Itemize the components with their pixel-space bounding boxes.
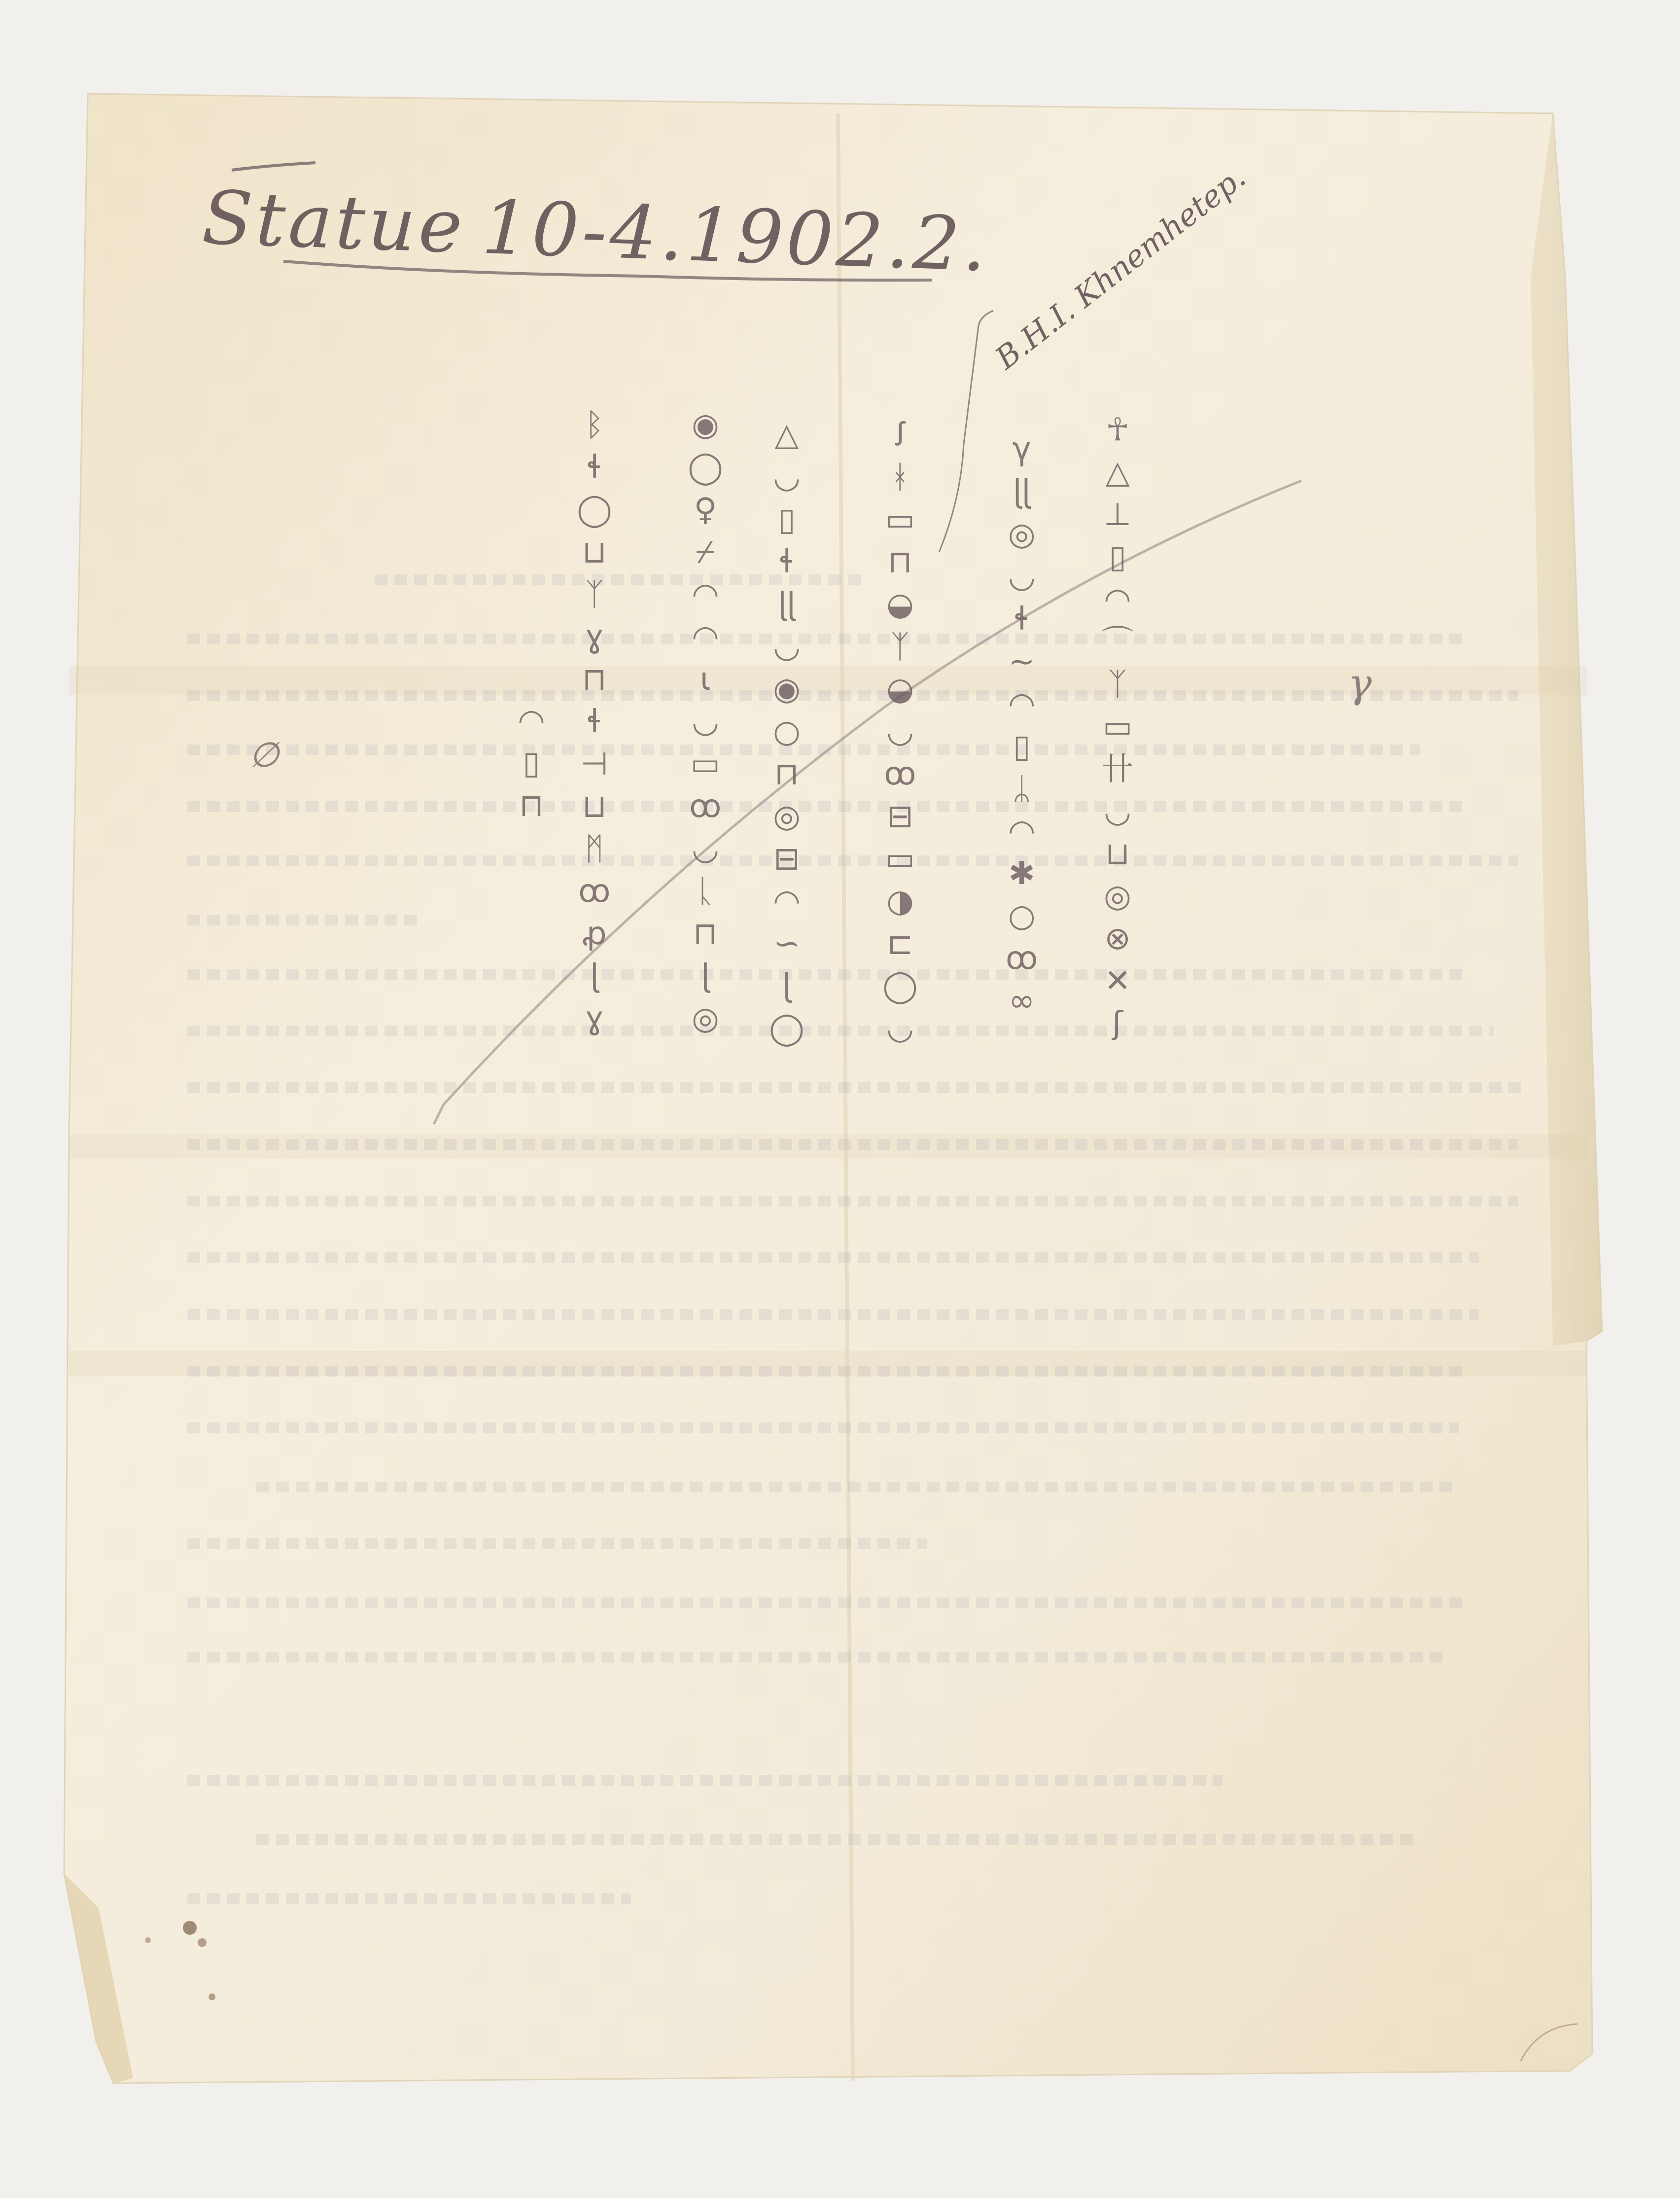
hieroglyph: ɣ	[585, 1003, 604, 1034]
hieroglyph: ◠	[692, 579, 719, 610]
hieroglyph: ɣ	[585, 621, 604, 653]
hieroglyph-column-3: ꭍ ᚼ ▭ ⊓ ◒ ᛉ ◒ ◡ ꝏ ⊟ ▭ ◑ ⊏ ◯ ◡	[882, 419, 918, 1044]
hieroglyph: ◒	[886, 589, 914, 620]
hieroglyph: ◡	[1008, 561, 1036, 593]
document-page: Statue10-4.1902.2. B.H.I. Khnemhetep. ☥ …	[0, 0, 1680, 2198]
hieroglyph: ʃ	[1112, 1008, 1123, 1039]
hieroglyph: ▯	[1109, 541, 1126, 573]
hieroglyph: ▯	[778, 504, 795, 535]
hieroglyph: ∞	[1009, 985, 1035, 1017]
hieroglyph: ᛗ	[585, 833, 604, 865]
hieroglyph: ⊓	[582, 664, 607, 695]
hieroglyph: ▭	[1103, 711, 1132, 743]
hieroglyph: ꝏ	[689, 791, 721, 822]
hieroglyph: ɭɭ	[1013, 476, 1031, 508]
hieroglyph: ɬ	[587, 706, 602, 738]
hieroglyph-column-7: ◠ ▯ ⊓	[518, 705, 545, 821]
hieroglyph-column-2: γ ɭɭ ◎ ◡ ɬ ∼ ◠ ▯ ᛦ ◠ ✱ ○ ꝏ ∞	[1006, 434, 1038, 1017]
hieroglyph: ◯	[688, 452, 723, 483]
hieroglyph: ◎	[692, 1003, 719, 1034]
hieroglyph: ◠	[518, 705, 545, 737]
hieroglyph: ⊓	[888, 546, 912, 578]
hieroglyph: ɭ	[590, 960, 599, 992]
hieroglyph: ⊗	[1104, 923, 1131, 955]
hieroglyph: ɬ	[587, 452, 602, 483]
hieroglyph: ✕	[1104, 965, 1131, 997]
right-margin-mark: γ	[1348, 661, 1372, 707]
hieroglyph: ◠	[1008, 815, 1036, 847]
hieroglyph: ◠	[692, 621, 719, 653]
hieroglyph: ⊏	[887, 928, 913, 959]
hieroglyph: ɭɭ	[778, 589, 796, 620]
hieroglyph: ᛉ	[585, 579, 604, 610]
hieroglyph: ⊓	[693, 918, 718, 950]
hieroglyph: ⌒	[1102, 626, 1133, 658]
hieroglyph: ◒	[886, 674, 914, 705]
hieroglyph: ◠	[1104, 584, 1131, 615]
hieroglyph: △	[774, 419, 799, 451]
hieroglyph: ꭍ	[894, 419, 906, 451]
hieroglyph: △	[1105, 457, 1129, 488]
hieroglyph: ◯	[882, 970, 918, 1002]
hieroglyph: ∽	[773, 928, 800, 959]
hieroglyph: ∼	[1009, 646, 1035, 677]
hieroglyph: ◡	[692, 833, 719, 865]
hieroglyph: ✱	[1009, 858, 1035, 889]
hieroglyph: ◡	[886, 716, 914, 747]
hieroglyph: ⊟	[773, 843, 800, 875]
hieroglyph: ɩ	[700, 664, 711, 695]
hieroglyph: 卄	[1102, 753, 1133, 785]
hieroglyph-column-1: ☥ △ ⊥ ▯ ◠ ⌒ ᛉ ▭ 卄 ◡ ⊔ ◎ ⊗ ✕ ʃ	[1102, 414, 1133, 1039]
hieroglyph: ▭	[691, 748, 720, 780]
hieroglyph: ◡	[773, 461, 801, 493]
hieroglyph: ꝏ	[1006, 943, 1038, 974]
hieroglyph: ꝏ	[884, 758, 916, 790]
hieroglyph: ○	[773, 716, 801, 747]
hieroglyph: ꝓ	[582, 918, 607, 950]
hieroglyph: ▯	[523, 747, 540, 779]
hieroglyph-column-5: ◉ ◯ ♀ ⌿ ◠ ◠ ɩ ◡ ▭ ꝏ ◡ ᚳ ⊓ ɭ ◎	[688, 409, 723, 1034]
left-margin-mark: ∅	[249, 735, 279, 775]
hieroglyph: ◡	[1104, 796, 1131, 827]
hieroglyph: ◎	[1104, 881, 1131, 912]
hieroglyph: ☥	[1106, 414, 1129, 446]
hieroglyph: ◯	[769, 1013, 805, 1044]
paper-sheet	[0, 0, 1680, 2198]
hieroglyph: ⊔	[582, 791, 607, 822]
hieroglyph: ◠	[773, 886, 801, 917]
hieroglyph: ♀	[694, 494, 717, 526]
hieroglyph: ⌿	[696, 536, 715, 568]
hieroglyph: ◡	[773, 631, 801, 663]
hieroglyph: ⊥	[1104, 499, 1131, 531]
hieroglyph: ◡	[886, 1013, 914, 1044]
hieroglyph: ⊓	[774, 758, 799, 790]
header-label: Statue	[201, 175, 467, 270]
hieroglyph: ᛉ	[891, 631, 910, 663]
hieroglyph-column-4: △ ◡ ▯ ɬ ɭɭ ◡ ◉ ○ ⊓ ◎ ⊟ ◠ ∽ ɭ ◯	[769, 419, 805, 1044]
hieroglyph-column-6: ᛒ ɬ ◯ ⊔ ᛉ ɣ ⊓ ɬ ⊣ ⊔ ᛗ ꝏ ꝓ ɭ ɣ	[577, 409, 612, 1034]
hieroglyph: ⊟	[887, 801, 913, 832]
hieroglyph: ᚳ	[696, 876, 715, 907]
hieroglyph: ◯	[577, 494, 612, 526]
hieroglyph: ◠	[1008, 688, 1036, 720]
hieroglyph: ◑	[886, 886, 914, 917]
hieroglyph: ᛦ	[1012, 773, 1031, 805]
hieroglyph: ɭ	[782, 970, 791, 1002]
hieroglyph: ▭	[885, 504, 915, 535]
hieroglyph: ɬ	[779, 546, 794, 578]
hieroglyph: ⊣	[581, 748, 608, 780]
hieroglyph: ⊓	[519, 790, 544, 821]
hieroglyph: ⊔	[582, 536, 607, 568]
hieroglyph: ◉	[773, 674, 801, 705]
hieroglyph: ⊔	[1105, 838, 1130, 870]
hieroglyph: ◎	[773, 801, 801, 832]
hieroglyph: ◉	[692, 409, 719, 441]
hieroglyph: ○	[1008, 900, 1036, 932]
hieroglyph: ᛒ	[585, 409, 604, 441]
header-reference: 10-4.1902.2.	[481, 185, 991, 288]
hieroglyph: ◡	[692, 706, 719, 738]
hieroglyph: ɭ	[701, 960, 710, 992]
hieroglyph: ᚼ	[891, 461, 910, 493]
hieroglyph: ɬ	[1014, 603, 1029, 635]
hieroglyph: ᛉ	[1108, 669, 1127, 700]
hieroglyph: ▯	[1013, 731, 1030, 762]
hieroglyph: ▭	[885, 843, 915, 875]
hieroglyph: ꝏ	[578, 876, 610, 907]
hieroglyph: γ	[1013, 434, 1031, 465]
hieroglyph: ◎	[1008, 519, 1036, 550]
